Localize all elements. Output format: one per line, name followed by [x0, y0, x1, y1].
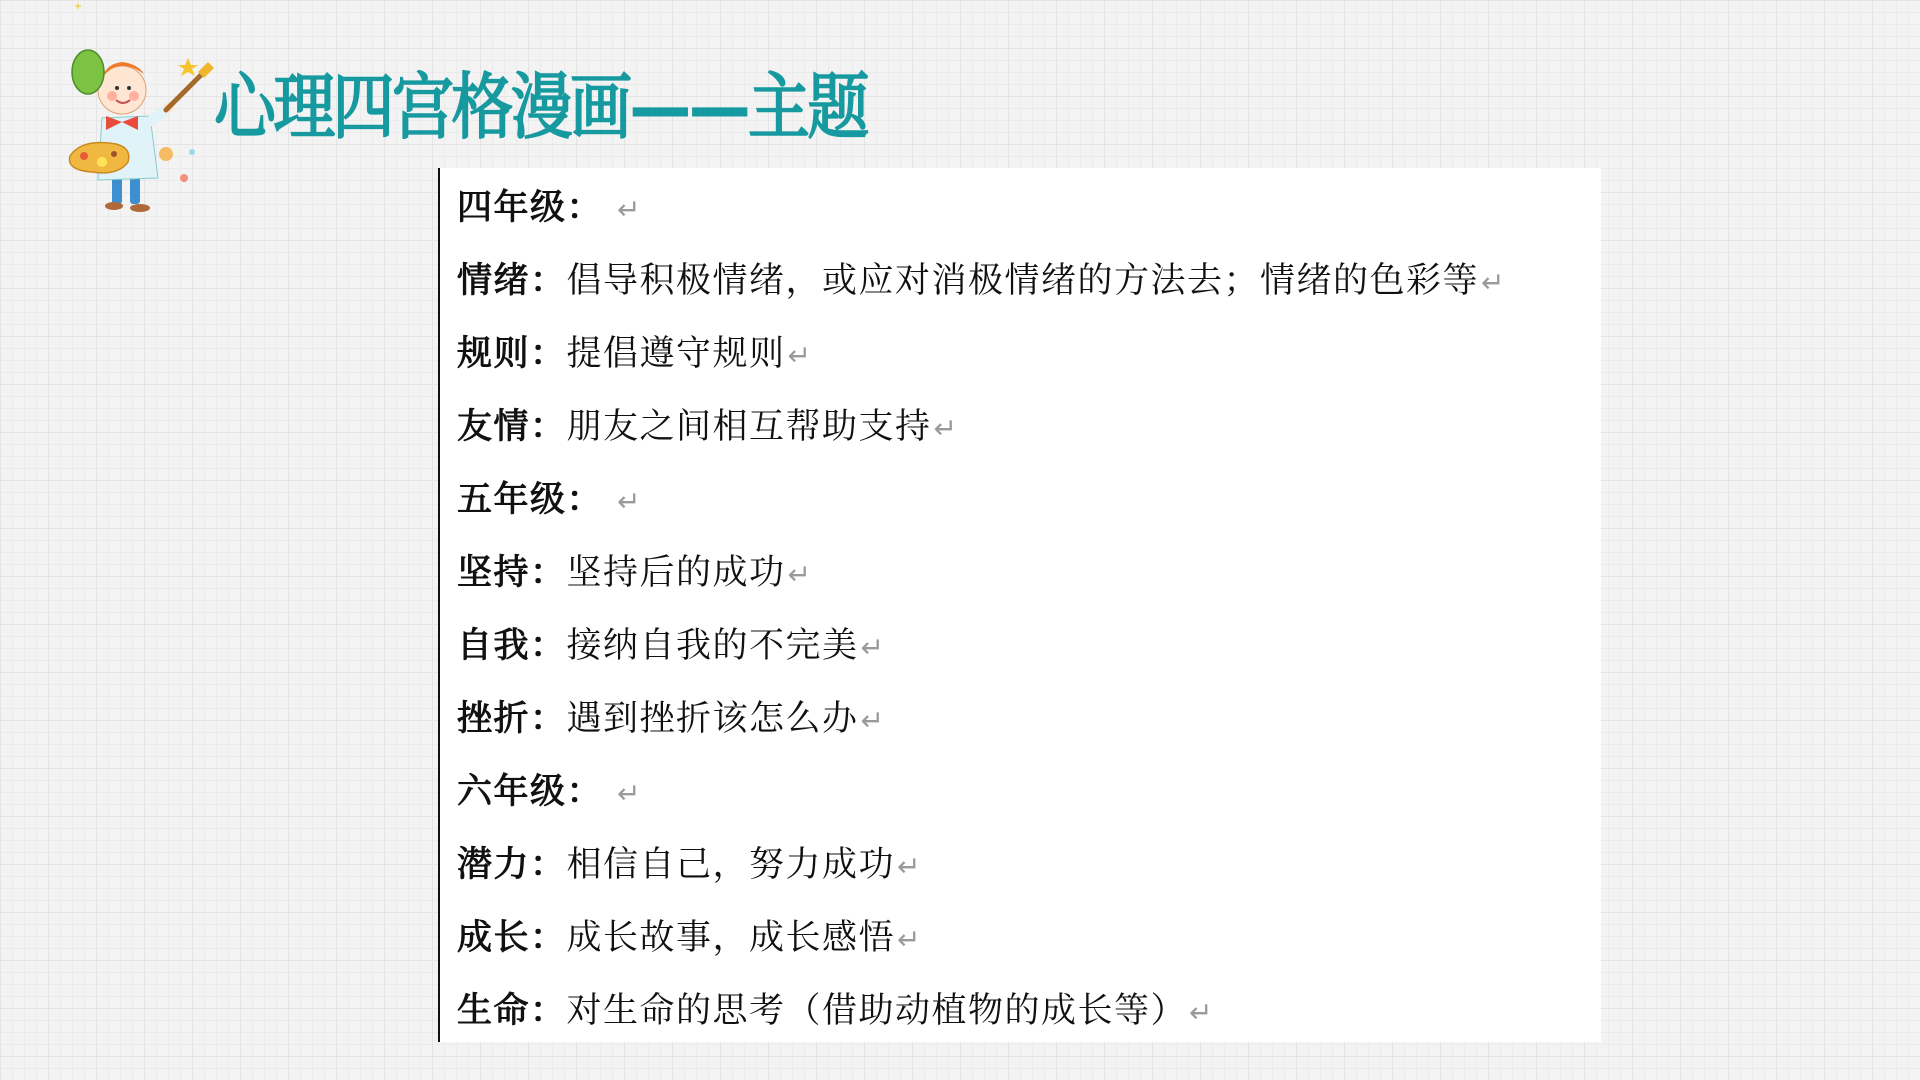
document-panel: 四年级：↵ 情绪：倡导积极情绪，或应对消极情绪的方法去；情绪的色彩等↵ 规则：提… — [438, 168, 1601, 1042]
line-label: 潜力： — [457, 844, 567, 885]
return-mark-icon: ↵ — [861, 631, 886, 664]
line-label: 坚持： — [457, 552, 567, 593]
return-mark-icon: ↵ — [617, 777, 642, 810]
page-title: 心理四宫格漫画——主题 — [214, 62, 867, 152]
line-text: 坚持后的成功 — [567, 553, 786, 593]
line-label: 五年级： — [457, 479, 603, 520]
line-label: 四年级： — [457, 187, 603, 228]
topic-line-life: 生命：对生命的思考（借助动植物的成长等）↵ — [457, 981, 1214, 1041]
return-mark-icon: ↵ — [897, 923, 922, 956]
topic-line-self: 自我：接纳自我的不完美↵ — [457, 616, 886, 676]
grade-heading-5: 五年级：↵ — [457, 470, 642, 530]
return-mark-icon: ↵ — [1481, 266, 1506, 299]
grade-heading-4: 四年级：↵ — [457, 178, 642, 238]
line-label: 挫折： — [457, 698, 567, 739]
line-text: 提倡遵守规则 — [567, 334, 786, 374]
return-mark-icon: ↵ — [1189, 996, 1214, 1029]
line-label: 自我： — [457, 625, 567, 666]
return-mark-icon: ↵ — [897, 850, 922, 883]
topic-line-rules: 规则：提倡遵守规则↵ — [457, 324, 813, 384]
topic-line-setbacks: 挫折：遇到挫折该怎么办↵ — [457, 689, 886, 749]
line-label: 生命： — [457, 990, 567, 1031]
line-text: 遇到挫折该怎么办 — [567, 699, 859, 739]
line-text: 对生命的思考（借助动植物的成长等） — [567, 991, 1188, 1031]
return-mark-icon: ↵ — [617, 485, 642, 518]
return-mark-icon: ↵ — [788, 558, 813, 591]
line-text: 接纳自我的不完美 — [567, 626, 859, 666]
line-text: 朋友之间相互帮助支持 — [567, 407, 932, 447]
return-mark-icon: ↵ — [934, 412, 959, 445]
line-text: 相信自己，努力成功 — [567, 845, 896, 885]
line-label: 六年级： — [457, 771, 603, 812]
line-label: 友情： — [457, 406, 567, 447]
painter-child-illustration — [62, 48, 222, 218]
sparkle-icon — [74, 2, 82, 10]
line-label: 成长： — [457, 917, 567, 958]
topic-line-emotion: 情绪：倡导积极情绪，或应对消极情绪的方法去；情绪的色彩等↵ — [457, 251, 1506, 311]
line-text: 倡导积极情绪，或应对消极情绪的方法去；情绪的色彩等 — [567, 261, 1480, 301]
line-text: 成长故事，成长感悟 — [567, 918, 896, 958]
topic-line-friendship: 友情：朋友之间相互帮助支持↵ — [457, 397, 959, 457]
line-label: 规则： — [457, 333, 567, 374]
return-mark-icon: ↵ — [861, 704, 886, 737]
grade-heading-6: 六年级：↵ — [457, 762, 642, 822]
topic-line-potential: 潜力：相信自己，努力成功↵ — [457, 835, 922, 895]
return-mark-icon: ↵ — [788, 339, 813, 372]
line-label: 情绪： — [457, 260, 567, 301]
topic-line-growth: 成长：成长故事，成长感悟↵ — [457, 908, 922, 968]
return-mark-icon: ↵ — [617, 193, 642, 226]
topic-line-persistence: 坚持：坚持后的成功↵ — [457, 543, 813, 603]
